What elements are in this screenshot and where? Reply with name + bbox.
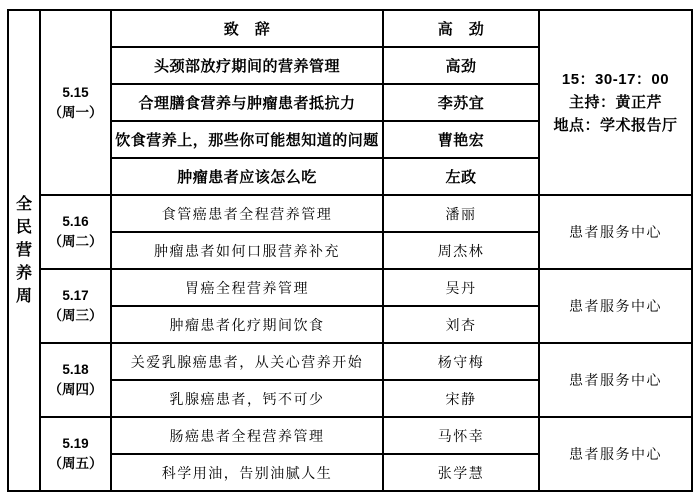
- speaker-cell: 李苏宜: [383, 84, 539, 121]
- speaker-cell: 刘杏: [383, 306, 539, 343]
- event-title-char: 全: [9, 193, 39, 216]
- session-info-cell: 患者服务中心: [539, 417, 692, 491]
- topic-cell: 乳腺癌患者，钙不可少: [111, 380, 383, 417]
- speaker-cell: 曹艳宏: [383, 121, 539, 158]
- session-info-cell: 15：30-17：00 主持：黄正芹 地点：学术报告厅: [539, 10, 692, 195]
- topic-cell: 肿瘤患者如何口服营养补充: [111, 232, 383, 269]
- speaker-cell: 吴丹: [383, 269, 539, 306]
- date-value: 5.18: [41, 360, 110, 380]
- date-cell-tuesday: 5.16 （周二）: [40, 195, 111, 269]
- session-info-cell: 患者服务中心: [539, 343, 692, 417]
- date-cell-friday: 5.19 （周五）: [40, 417, 111, 491]
- weekday-value: （周四）: [41, 380, 110, 400]
- speaker-cell: 左政: [383, 158, 539, 195]
- table-row: 5.18 （周四） 关爱乳腺癌患者，从关心营养开始 杨守梅 患者服务中心: [8, 343, 692, 380]
- date-cell-wednesday: 5.17 （周三）: [40, 269, 111, 343]
- weekday-value: （周一）: [41, 103, 110, 123]
- speaker-cell: 宋静: [383, 380, 539, 417]
- topic-cell: 肿瘤患者化疗期间饮食: [111, 306, 383, 343]
- event-title-char: 民: [9, 216, 39, 239]
- topic-cell: 胃癌全程营养管理: [111, 269, 383, 306]
- date-value: 5.16: [41, 212, 110, 232]
- table-row: 5.19 （周五） 肠癌患者全程营养管理 马怀幸 患者服务中心: [8, 417, 692, 454]
- session-location: 患者服务中心: [540, 444, 691, 464]
- session-host: 主持：黄正芹: [540, 91, 691, 114]
- topic-cell: 关爱乳腺癌患者，从关心营养开始: [111, 343, 383, 380]
- table-row: 5.16 （周二） 食管癌患者全程营养管理 潘丽 患者服务中心: [8, 195, 692, 232]
- speaker-cell: 潘丽: [383, 195, 539, 232]
- event-title-vertical: 全 民 营 养 周: [8, 10, 40, 491]
- date-value: 5.15: [41, 83, 110, 103]
- session-location: 地点：学术报告厅: [540, 114, 691, 137]
- session-info-cell: 患者服务中心: [539, 195, 692, 269]
- speaker-cell: 高 劲: [383, 10, 539, 47]
- topic-cell: 致 辞: [111, 10, 383, 47]
- nutrition-week-schedule-table: 全 民 营 养 周 5.15 （周一） 致 辞 高 劲 15：30-17：00 …: [7, 9, 693, 492]
- date-cell-thursday: 5.18 （周四）: [40, 343, 111, 417]
- topic-cell: 肠癌患者全程营养管理: [111, 417, 383, 454]
- table-row: 全 民 营 养 周 5.15 （周一） 致 辞 高 劲 15：30-17：00 …: [8, 10, 692, 47]
- session-location: 患者服务中心: [540, 222, 691, 242]
- weekday-value: （周五）: [41, 454, 110, 474]
- date-cell-monday: 5.15 （周一）: [40, 10, 111, 195]
- speaker-cell: 马怀幸: [383, 417, 539, 454]
- event-title-char: 养: [9, 262, 39, 285]
- speaker-cell: 张学慧: [383, 454, 539, 491]
- topic-cell: 合理膳食营养与肿瘤患者抵抗力: [111, 84, 383, 121]
- speaker-cell: 杨守梅: [383, 343, 539, 380]
- table-row: 5.17 （周三） 胃癌全程营养管理 吴丹 患者服务中心: [8, 269, 692, 306]
- session-location: 患者服务中心: [540, 296, 691, 316]
- session-location: 患者服务中心: [540, 370, 691, 390]
- date-value: 5.19: [41, 434, 110, 454]
- speaker-cell: 高劲: [383, 47, 539, 84]
- date-value: 5.17: [41, 286, 110, 306]
- topic-cell: 科学用油，告别油腻人生: [111, 454, 383, 491]
- topic-cell: 食管癌患者全程营养管理: [111, 195, 383, 232]
- speaker-cell: 周杰林: [383, 232, 539, 269]
- topic-cell: 肿瘤患者应该怎么吃: [111, 158, 383, 195]
- topic-cell: 饮食营养上，那些你可能想知道的问题: [111, 121, 383, 158]
- topic-cell: 头颈部放疗期间的营养管理: [111, 47, 383, 84]
- event-title-char: 营: [9, 239, 39, 262]
- session-time: 15：30-17：00: [540, 68, 691, 91]
- weekday-value: （周三）: [41, 306, 110, 326]
- session-info-cell: 患者服务中心: [539, 269, 692, 343]
- event-title-char: 周: [9, 285, 39, 308]
- weekday-value: （周二）: [41, 232, 110, 252]
